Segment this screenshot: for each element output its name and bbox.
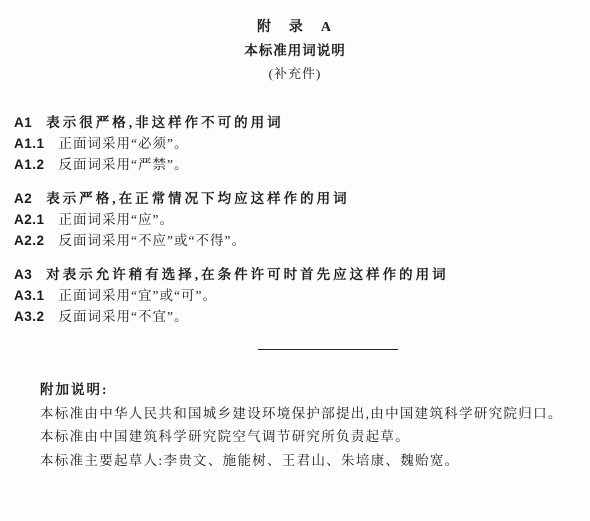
clause-text: 正面词采用“必须”。 [59,136,189,151]
appendix-header: 附 录 A 本标准用词说明 (补充件) [0,0,590,82]
clause: A2.2反面词采用“不应”或“不得”。 [14,230,590,251]
section-heading-text: 表示很严格,非这样作不可的用词 [46,115,283,130]
notes-line: 本标准由中国建筑科学研究院空气调节研究所负责起草。 [40,425,590,449]
additional-notes: 附加说明: 本标准由中华人民共和国城乡建设环境保护部提出,由中国建筑科学研究院归… [40,378,590,472]
section-divider-line [258,349,398,350]
section-heading: A1表示很严格,非这样作不可的用词 [14,113,590,133]
clause-number: A2.2 [14,233,45,248]
section-heading: A3对表示允许稍有选择,在条件许可时首先应这样作的用词 [14,265,590,285]
clause-number: A1.2 [14,157,45,172]
section-a2: A2表示严格,在正常情况下均应这样作的用词 A2.1正面词采用“应”。 A2.2… [14,189,590,251]
clause: A3.1正面词采用“宜”或“可”。 [14,285,590,306]
notes-line: 本标准主要起草人:李贵文、施能树、王君山、朱培康、魏贻宽。 [40,449,590,473]
clause: A1.1正面词采用“必须”。 [14,133,590,154]
section-a3: A3对表示允许稍有选择,在条件许可时首先应这样作的用词 A3.1正面词采用“宜”… [14,265,590,327]
clause: A2.1正面词采用“应”。 [14,209,590,230]
sections-container: A1表示很严格,非这样作不可的用词 A1.1正面词采用“必须”。 A1.2反面词… [14,113,590,327]
notes-heading: 附加说明: [40,378,590,402]
clause-number: A2.1 [14,212,45,227]
clause: A3.2反面词采用“不宜”。 [14,306,590,327]
clause-text: 正面词采用“宜”或“可”。 [59,288,217,303]
section-number: A3 [14,267,32,282]
clause-text: 反面词采用“不应”或“不得”。 [59,233,246,248]
clause-number: A3.2 [14,309,45,324]
notes-line: 本标准由中华人民共和国城乡建设环境保护部提出,由中国建筑科学研究院归口。 [40,402,590,426]
clause-number: A3.1 [14,288,45,303]
section-a1: A1表示很严格,非这样作不可的用词 A1.1正面词采用“必须”。 A1.2反面词… [14,113,590,175]
appendix-subtitle: 本标准用词说明 [0,43,590,59]
clause-text: 反面词采用“不宜”。 [59,309,189,324]
appendix-note: (补充件) [0,66,590,82]
clause-text: 反面词采用“严禁”。 [59,157,189,172]
section-number: A2 [14,191,32,206]
clause: A1.2反面词采用“严禁”。 [14,154,590,175]
section-heading-text: 对表示允许稍有选择,在条件许可时首先应这样作的用词 [46,267,448,282]
section-heading-text: 表示严格,在正常情况下均应这样作的用词 [46,191,349,206]
section-heading: A2表示严格,在正常情况下均应这样作的用词 [14,189,590,209]
appendix-title: 附 录 A [0,20,590,36]
clause-text: 正面词采用“应”。 [59,212,174,227]
document-page: 附 录 A 本标准用词说明 (补充件) A1表示很严格,非这样作不可的用词 A1… [0,0,590,521]
section-number: A1 [14,115,32,130]
clause-number: A1.1 [14,136,45,151]
